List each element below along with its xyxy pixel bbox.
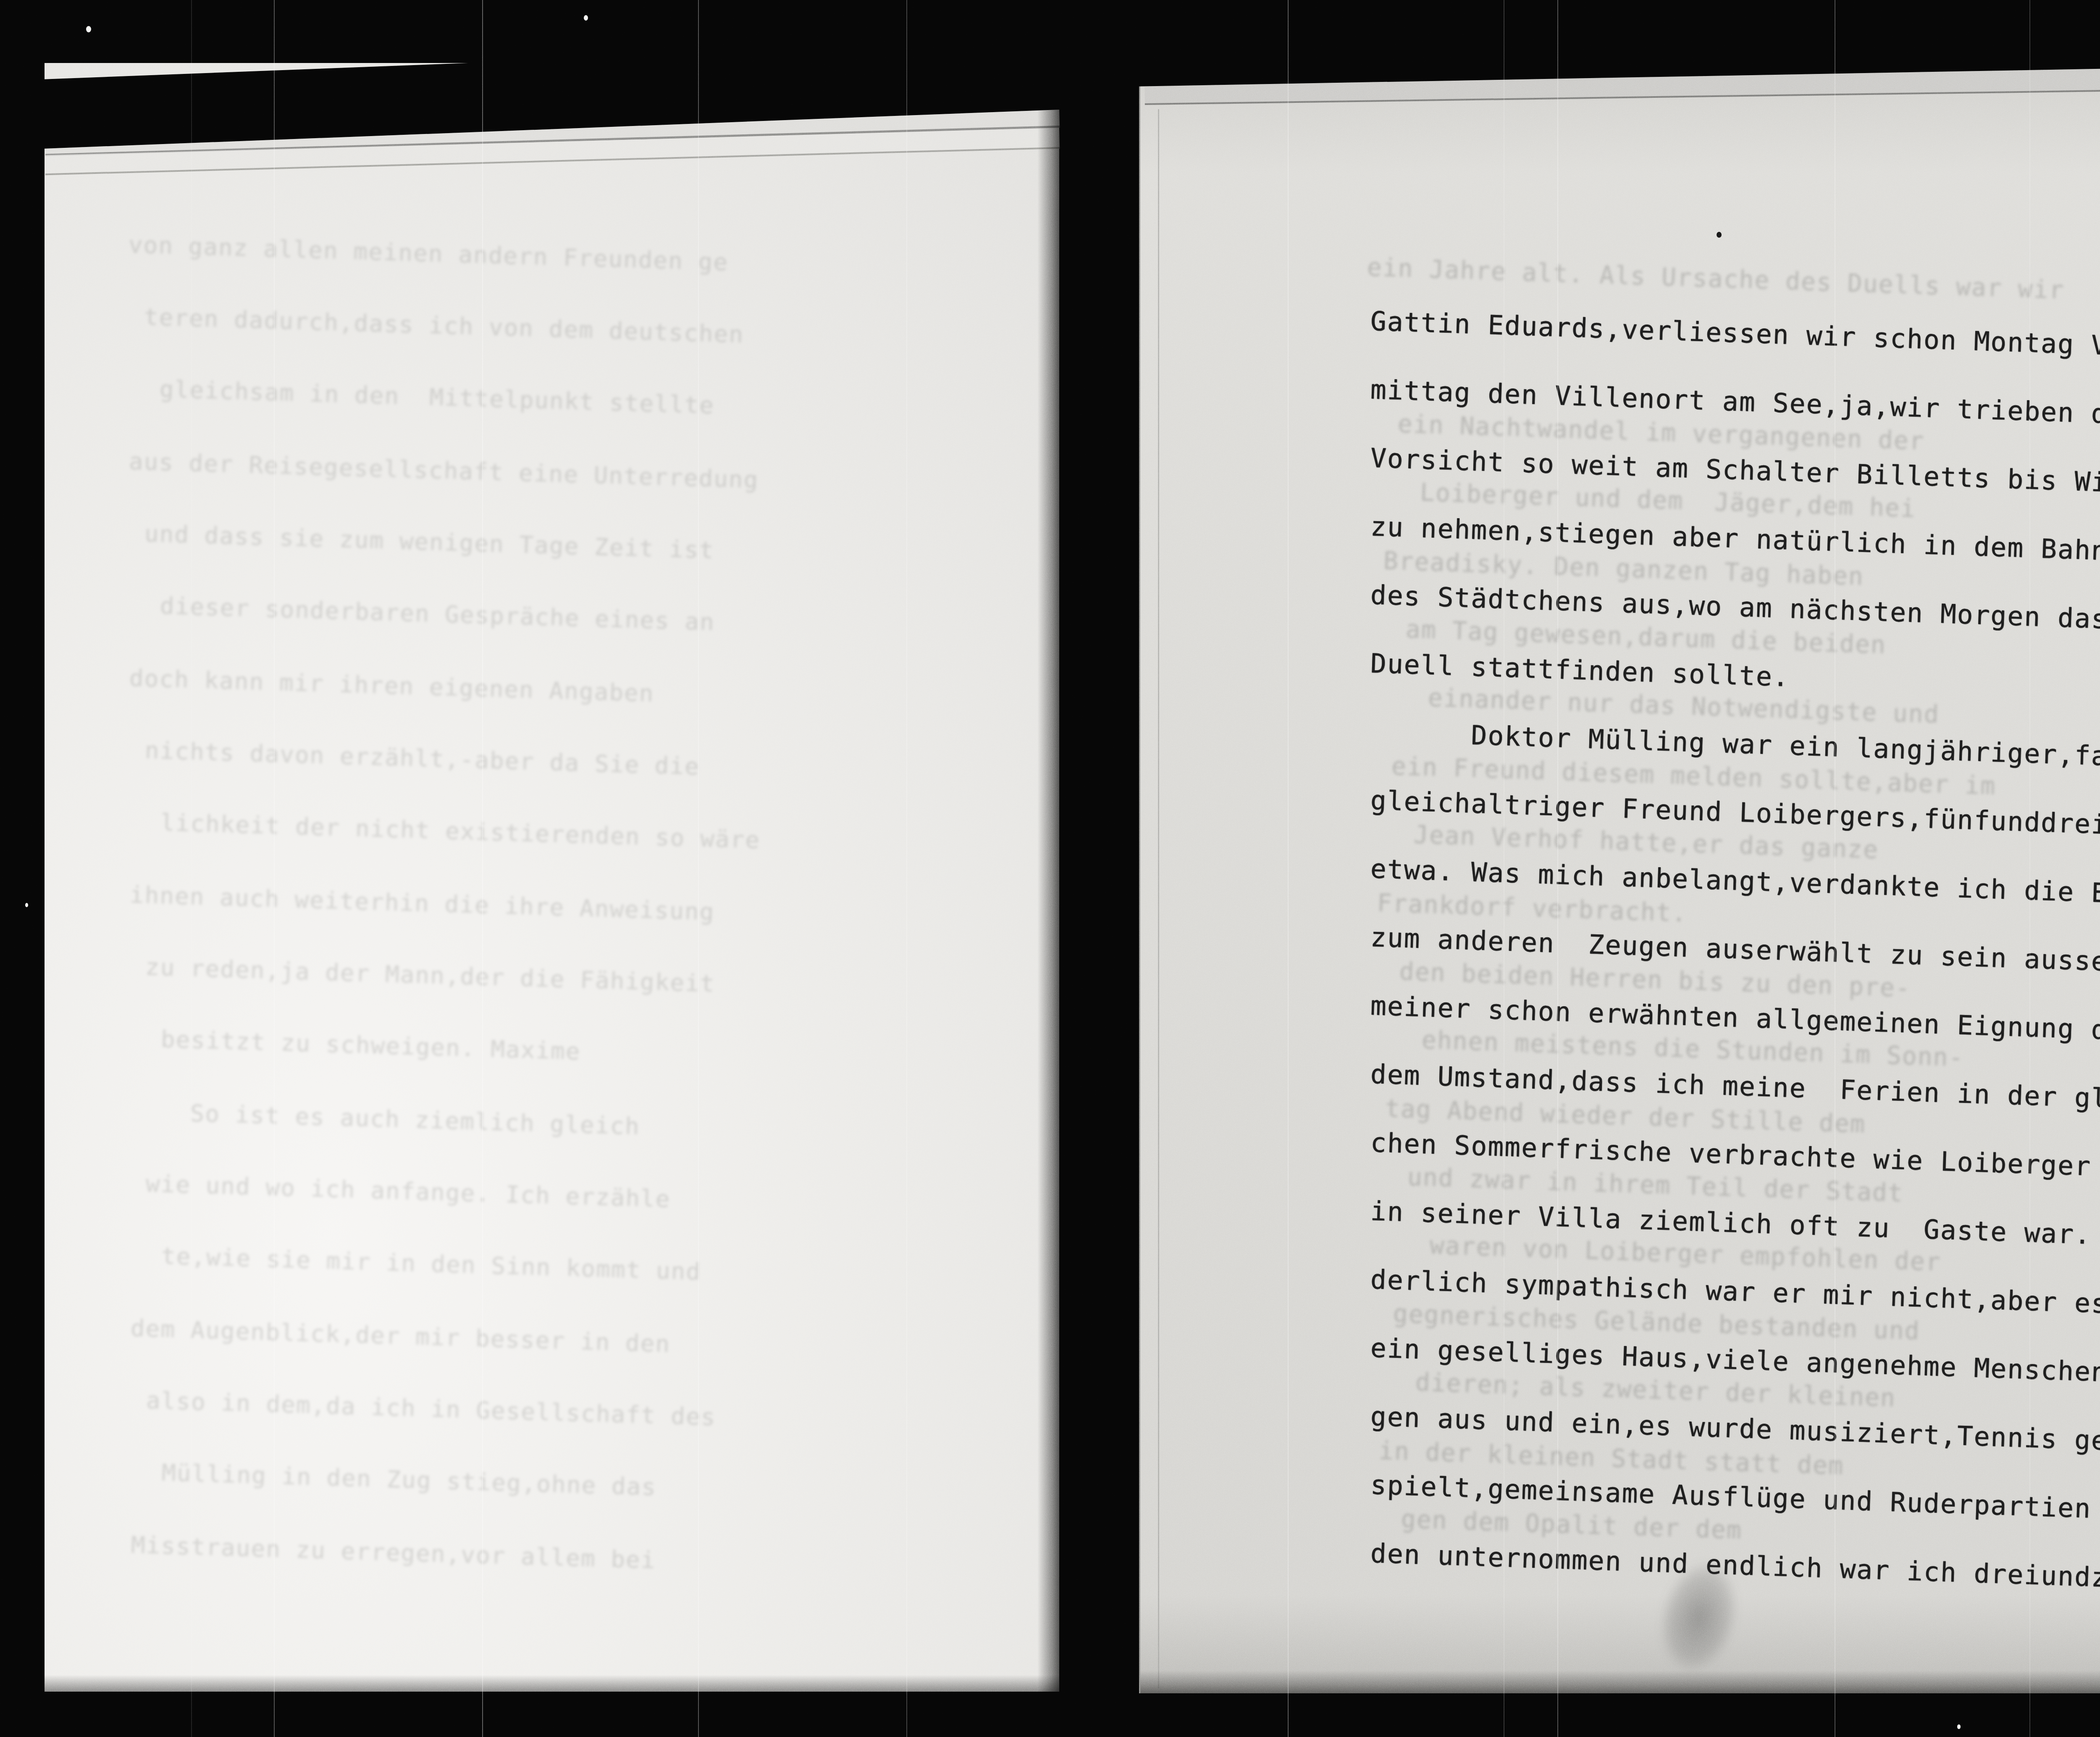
ghost-line: teren dadurch,dass ich von dem deutschen [144, 303, 744, 348]
ghost-line: te,wie sie mir in den Sinn kommt und [161, 1242, 701, 1286]
film-scratch [482, 0, 483, 1737]
ink-fleck [1717, 232, 1722, 238]
ghost-line: und dass sie zum wenigen Tage Zeit ist [144, 520, 715, 564]
ghost-line: also in dem,da ich in Gesellschaft des [146, 1387, 717, 1431]
right-page: 7 ein Jahre alt. Als Ursache des Duells … [1139, 59, 2100, 1693]
film-scratch [1835, 0, 1835, 1737]
ghost-line: dem Augenblick,der mir besser in den [130, 1315, 671, 1358]
ghost-line: dieser sonderbaren Gespräche eines an [160, 592, 715, 636]
ghost-line: Mülling in den Zug stieg,ohne das [161, 1459, 657, 1501]
dust-speck [584, 15, 588, 21]
ghost-line: zu reden,ja der Mann,der die Fähigkeit [145, 953, 716, 997]
right-page-bottom-shadow [1140, 1671, 2100, 1693]
dust-speck [1957, 1724, 1961, 1729]
typed-line: Gattin Eduards,verliessen wir schon Mont… [1370, 306, 2100, 362]
film-scan-background: von ganz allen meinen andern Freunden ge… [0, 0, 2100, 1737]
ghost-line: So ist es auch ziemlich gleich [130, 1098, 640, 1140]
film-scratch [1288, 0, 1289, 1737]
film-scratch [1557, 0, 1558, 1737]
ghost-line: Misstrauen zu erregen,vor allem bei [131, 1531, 656, 1574]
ghost-line: ihnen auch weiterhin die ihre Anweisung [129, 881, 715, 926]
film-scratch [2029, 0, 2030, 1737]
ghost-line: doch kann mir ihren eigenen Angaben [129, 664, 654, 707]
film-scratch [274, 0, 275, 1737]
film-scratch [191, 0, 192, 1737]
ghost-line: lichkeit der nicht existierenden so wäre [160, 809, 761, 854]
page-gutter-shadow [1037, 34, 1142, 1709]
ghost-line: besitzt zu schweigen. Maxime [160, 1026, 581, 1065]
film-scratch [1504, 0, 1504, 1737]
film-scratch [698, 0, 699, 1737]
right-page-content: 7 ein Jahre alt. Als Ursache des Duells … [1140, 59, 2100, 1693]
ghost-line: aus der Reisegesellschaft eine Unterredu… [129, 448, 759, 493]
ghost-line: nichts davon erzählt,-aber da Sie die [144, 737, 700, 780]
ghost-line: wie und wo ich anfange. Ich erzähle [145, 1170, 671, 1213]
ghost-line: gleichsam in den Mittelpunkt stellte [159, 375, 715, 419]
dust-speck [86, 26, 91, 32]
ghost-line: von ganz allen meinen andern Freunden ge [128, 231, 729, 276]
dust-speck [25, 903, 28, 907]
ghost-line: Frankdorf verbracht. [1377, 889, 1688, 927]
film-scratch [906, 0, 907, 1737]
ghost-line: ein Jahre alt. Als Ursache des Duells wa… [1367, 253, 2065, 304]
